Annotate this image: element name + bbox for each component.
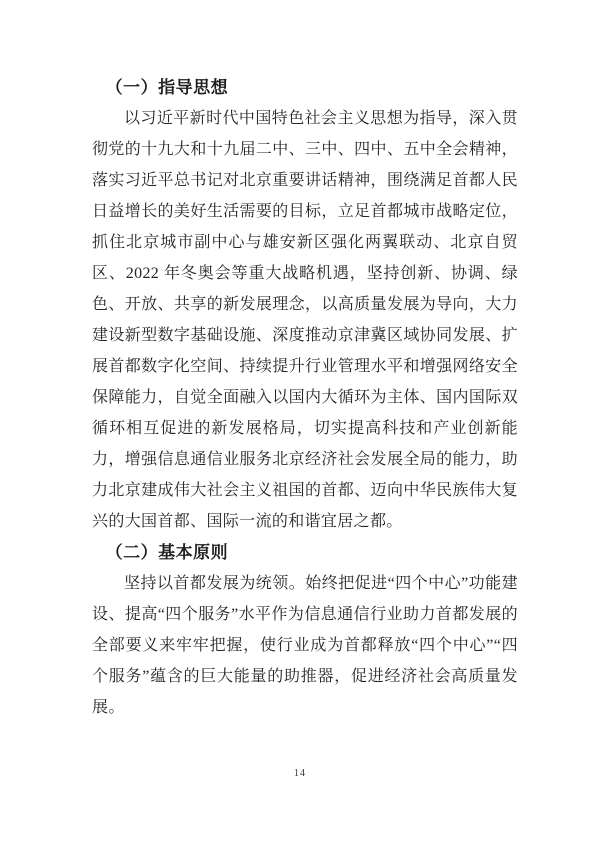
section-heading-guiding-ideology: （一）指导思想	[92, 72, 518, 103]
page-number: 14	[0, 768, 600, 779]
section-basic-principles: （二）基本原则 坚持以首都发展为统领。始终把促进“四个中心”功能建设、提高“四个…	[92, 537, 518, 723]
paragraph-basic-principles: 坚持以首都发展为统领。始终把促进“四个中心”功能建设、提高“四个服务”水平作为信…	[92, 568, 518, 723]
section-heading-basic-principles: （二）基本原则	[92, 537, 518, 568]
page-content: （一）指导思想 以习近平新时代中国特色社会主义思想为指导，深入贯彻党的十九大和十…	[92, 72, 518, 723]
paragraph-guiding-ideology: 以习近平新时代中国特色社会主义思想为指导，深入贯彻党的十九大和十九届二中、三中、…	[92, 103, 518, 537]
section-guiding-ideology: （一）指导思想 以习近平新时代中国特色社会主义思想为指导，深入贯彻党的十九大和十…	[92, 72, 518, 537]
document-page: （一）指导思想 以习近平新时代中国特色社会主义思想为指导，深入贯彻党的十九大和十…	[0, 0, 600, 848]
